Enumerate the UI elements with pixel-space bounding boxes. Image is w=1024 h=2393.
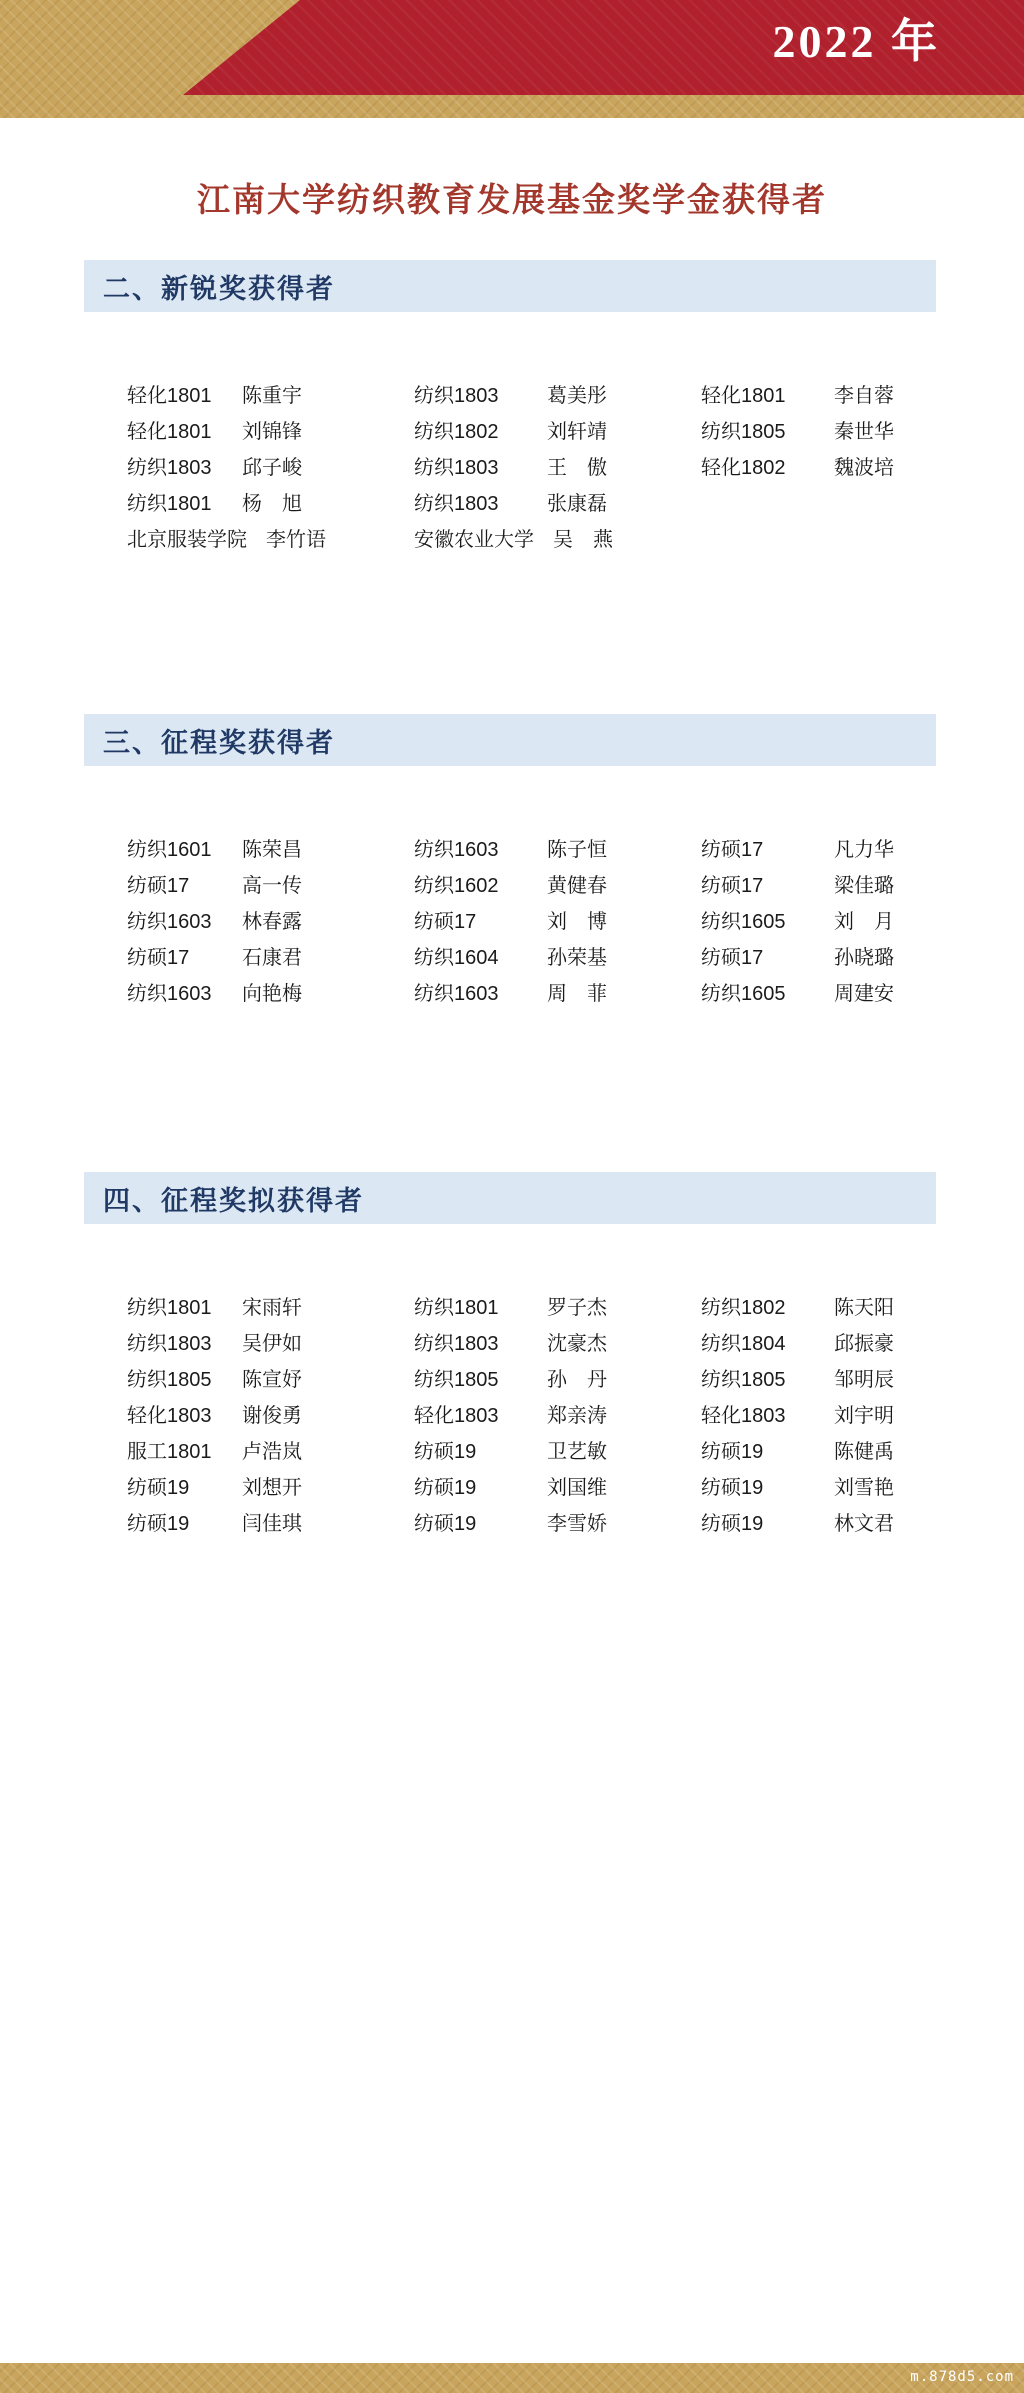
class-label: 轻化1801 <box>127 415 223 444</box>
bottom-gold-band: m.878d5.com <box>0 2363 1024 2393</box>
name-label: 陈天阳 <box>834 1291 894 1320</box>
recipient-cell: 纺织1803张康磊 <box>414 487 701 516</box>
recipient-cell: 纺织1801宋雨轩 <box>127 1291 414 1320</box>
recipient-cell: 纺织1603周 菲 <box>414 977 701 1006</box>
class-label: 轻化1802 <box>701 451 815 480</box>
name-label: 刘 博 <box>547 905 607 934</box>
recipients-table: 纺织1801宋雨轩纺织1801罗子杰纺织1802陈天阳纺织1803吴伊如纺织18… <box>84 1287 936 1539</box>
section-heading-bar: 三、征程奖获得者 <box>84 714 936 766</box>
name-label: 邹明辰 <box>834 1363 894 1392</box>
award-section: 二、新锐奖获得者轻化1801陈重宇纺织1803葛美彤轻化1801李自蓉轻化180… <box>84 260 936 555</box>
class-label: 纺织1803 <box>414 379 528 408</box>
class-label: 服工1801 <box>127 1435 223 1464</box>
table-row: 纺织1803邱子峻纺织1803王 傲轻化1802魏波培 <box>127 447 936 483</box>
table-row: 纺织1803吴伊如纺织1803沈豪杰纺织1804邱振豪 <box>127 1323 936 1359</box>
recipient-cell: 轻化1802魏波培 <box>701 451 939 480</box>
recipients-table: 纺织1601陈荣昌纺织1603陈子恒纺硕17凡力华纺硕17高一传纺织1602黄健… <box>84 829 936 1009</box>
recipient-cell: 安徽农业大学吴 燕 <box>414 523 701 552</box>
class-label: 纺硕19 <box>701 1435 815 1464</box>
table-row: 纺硕19闫佳琪纺硕19李雪娇纺硕19林文君 <box>127 1503 936 1539</box>
class-label: 轻化1801 <box>127 379 223 408</box>
name-label: 邱子峻 <box>242 451 302 480</box>
class-label: 纺硕19 <box>127 1507 223 1536</box>
class-label: 纺织1605 <box>701 905 815 934</box>
class-label: 轻化1803 <box>414 1399 528 1428</box>
class-label: 轻化1803 <box>701 1399 815 1428</box>
name-label: 郑亲涛 <box>547 1399 607 1428</box>
recipient-cell: 纺硕17凡力华 <box>701 833 939 862</box>
name-label: 秦世华 <box>834 415 894 444</box>
table-row: 纺硕17石康君纺织1604孙荣基纺硕17孙晓璐 <box>127 937 936 973</box>
table-row: 纺织1801杨 旭纺织1803张康磊 <box>127 483 936 519</box>
recipient-cell: 纺硕19闫佳琪 <box>127 1507 414 1536</box>
class-label: 北京服装学院 <box>127 523 247 552</box>
class-label: 纺织1601 <box>127 833 223 862</box>
class-label: 轻化1801 <box>701 379 815 408</box>
class-label: 纺硕17 <box>127 869 223 898</box>
class-label: 纺织1805 <box>127 1363 223 1392</box>
name-label: 凡力华 <box>834 833 894 862</box>
class-label: 纺织1803 <box>127 451 223 480</box>
name-label: 高一传 <box>242 869 302 898</box>
section-heading: 二、新锐奖获得者 <box>103 267 335 306</box>
class-label: 纺硕17 <box>127 941 223 970</box>
name-label: 陈重宇 <box>242 379 302 408</box>
class-label: 纺织1603 <box>414 833 528 862</box>
class-label: 纺织1803 <box>414 1327 528 1356</box>
recipient-cell: 纺织1603林春露 <box>127 905 414 934</box>
class-label: 纺织1803 <box>414 451 528 480</box>
award-section: 四、征程奖拟获得者纺织1801宋雨轩纺织1801罗子杰纺织1802陈天阳纺织18… <box>84 1172 936 1539</box>
page: 2022 年 江南大学纺织教育发展基金奖学金获得者 二、新锐奖获得者轻化1801… <box>0 0 1024 2393</box>
class-label: 纺织1604 <box>414 941 528 970</box>
table-row: 纺织1805陈宣妤纺织1805孙 丹纺织1805邹明辰 <box>127 1359 936 1395</box>
recipient-cell: 纺织1805陈宣妤 <box>127 1363 414 1392</box>
class-label: 纺织1805 <box>414 1363 528 1392</box>
class-label: 纺织1804 <box>701 1327 815 1356</box>
recipient-cell: 纺硕19李雪娇 <box>414 1507 701 1536</box>
name-label: 向艳梅 <box>242 977 302 1006</box>
class-label: 纺织1801 <box>127 1291 223 1320</box>
recipient-cell: 纺织1801罗子杰 <box>414 1291 701 1320</box>
name-label: 周 菲 <box>547 977 607 1006</box>
name-label: 梁佳璐 <box>834 869 894 898</box>
award-section: 三、征程奖获得者纺织1601陈荣昌纺织1603陈子恒纺硕17凡力华纺硕17高一传… <box>84 714 936 1009</box>
name-label: 卢浩岚 <box>242 1435 302 1464</box>
table-row: 服工1801卢浩岚纺硕19卫艺敏纺硕19陈健禹 <box>127 1431 936 1467</box>
name-label: 孙 丹 <box>547 1363 607 1392</box>
recipient-cell: 北京服装学院李竹语 <box>127 523 414 552</box>
class-label: 纺织1803 <box>414 487 528 516</box>
recipient-cell: 纺硕19林文君 <box>701 1507 939 1536</box>
recipient-cell: 纺织1602黄健春 <box>414 869 701 898</box>
name-label: 罗子杰 <box>547 1291 607 1320</box>
class-label: 纺硕17 <box>701 833 815 862</box>
name-label: 谢俊勇 <box>242 1399 302 1428</box>
class-label: 轻化1803 <box>127 1399 223 1428</box>
name-label: 吴 燕 <box>553 523 613 552</box>
class-label: 纺织1602 <box>414 869 528 898</box>
class-label: 纺织1803 <box>127 1327 223 1356</box>
recipient-cell: 纺织1603陈子恒 <box>414 833 701 862</box>
name-label: 孙晓璐 <box>834 941 894 970</box>
recipients-table: 轻化1801陈重宇纺织1803葛美彤轻化1801李自蓉轻化1801刘锦锋纺织18… <box>84 375 936 555</box>
recipient-cell: 轻化1803刘宇明 <box>701 1399 939 1428</box>
recipient-cell: 轻化1803谢俊勇 <box>127 1399 414 1428</box>
name-label: 石康君 <box>242 941 302 970</box>
name-label: 邱振豪 <box>834 1327 894 1356</box>
name-label: 刘宇明 <box>834 1399 894 1428</box>
name-label: 刘 月 <box>834 905 894 934</box>
recipient-cell: 纺织1802陈天阳 <box>701 1291 939 1320</box>
name-label: 葛美彤 <box>547 379 607 408</box>
class-label: 纺织1603 <box>127 977 223 1006</box>
name-label: 杨 旭 <box>242 487 302 516</box>
table-row: 纺织1603向艳梅纺织1603周 菲纺织1605周建安 <box>127 973 936 1009</box>
recipient-cell: 纺织1802刘轩靖 <box>414 415 701 444</box>
watermark: m.878d5.com <box>910 2369 1014 2385</box>
table-row: 纺织1603林春露纺硕17刘 博纺织1605刘 月 <box>127 901 936 937</box>
recipient-cell: 纺硕17孙晓璐 <box>701 941 939 970</box>
recipient-cell: 纺织1605刘 月 <box>701 905 939 934</box>
recipient-cell: 纺织1803吴伊如 <box>127 1327 414 1356</box>
name-label: 沈豪杰 <box>547 1327 607 1356</box>
recipient-cell: 纺织1801杨 旭 <box>127 487 414 516</box>
class-label: 纺硕19 <box>414 1507 528 1536</box>
name-label: 林文君 <box>834 1507 894 1536</box>
section-heading: 四、征程奖拟获得者 <box>103 1179 364 1218</box>
name-label: 陈宣妤 <box>242 1363 302 1392</box>
table-row: 轻化1801陈重宇纺织1803葛美彤轻化1801李自蓉 <box>127 375 936 411</box>
name-label: 魏波培 <box>834 451 894 480</box>
class-label: 纺织1802 <box>701 1291 815 1320</box>
table-row: 北京服装学院李竹语安徽农业大学吴 燕 <box>127 519 936 555</box>
table-row: 纺织1601陈荣昌纺织1603陈子恒纺硕17凡力华 <box>127 829 936 865</box>
section-heading-bar: 二、新锐奖获得者 <box>84 260 936 312</box>
recipient-cell: 纺织1805秦世华 <box>701 415 939 444</box>
recipient-cell: 纺硕19陈健禹 <box>701 1435 939 1464</box>
name-label: 刘锦锋 <box>242 415 302 444</box>
recipient-cell: 纺织1803葛美彤 <box>414 379 701 408</box>
recipient-cell: 轻化1801李自蓉 <box>701 379 939 408</box>
class-label: 纺硕19 <box>701 1471 815 1500</box>
name-label: 林春露 <box>242 905 302 934</box>
class-label: 纺硕19 <box>414 1435 528 1464</box>
recipient-cell: 纺织1803王 傲 <box>414 451 701 480</box>
name-label: 王 傲 <box>547 451 607 480</box>
name-label: 张康磊 <box>547 487 607 516</box>
top-gold-band: 2022 年 <box>0 0 1024 118</box>
class-label: 纺织1603 <box>127 905 223 934</box>
recipient-cell: 纺硕17刘 博 <box>414 905 701 934</box>
class-label: 纺硕19 <box>414 1471 528 1500</box>
recipient-cell: 纺织1805孙 丹 <box>414 1363 701 1392</box>
class-label: 纺织1801 <box>127 487 223 516</box>
name-label: 李自蓉 <box>834 379 894 408</box>
class-label: 纺硕19 <box>127 1471 223 1500</box>
table-row: 轻化1801刘锦锋纺织1802刘轩靖纺织1805秦世华 <box>127 411 936 447</box>
class-label: 纺硕17 <box>414 905 528 934</box>
name-label: 陈健禹 <box>834 1435 894 1464</box>
name-label: 吴伊如 <box>242 1327 302 1356</box>
name-label: 陈子恒 <box>547 833 607 862</box>
class-label: 纺织1801 <box>414 1291 528 1320</box>
section-heading: 三、征程奖获得者 <box>103 721 335 760</box>
name-label: 刘国维 <box>547 1471 607 1500</box>
table-row: 纺硕17高一传纺织1602黄健春纺硕17梁佳璐 <box>127 865 936 901</box>
recipient-cell: 纺织1804邱振豪 <box>701 1327 939 1356</box>
recipient-cell: 轻化1803郑亲涛 <box>414 1399 701 1428</box>
recipient-cell: 纺织1604孙荣基 <box>414 941 701 970</box>
name-label: 陈荣昌 <box>242 833 302 862</box>
name-label: 刘轩靖 <box>547 415 607 444</box>
table-row: 纺硕19刘想开纺硕19刘国维纺硕19刘雪艳 <box>127 1467 936 1503</box>
recipient-cell: 服工1801卢浩岚 <box>127 1435 414 1464</box>
recipient-cell: 纺硕17石康君 <box>127 941 414 970</box>
recipient-cell: 轻化1801刘锦锋 <box>127 415 414 444</box>
name-label: 宋雨轩 <box>242 1291 302 1320</box>
recipient-cell: 纺硕17高一传 <box>127 869 414 898</box>
name-label: 李雪娇 <box>547 1507 607 1536</box>
recipient-cell: 纺硕19刘国维 <box>414 1471 701 1500</box>
recipient-cell: 纺织1605周建安 <box>701 977 939 1006</box>
class-label: 纺织1605 <box>701 977 815 1006</box>
name-label: 卫艺敏 <box>547 1435 607 1464</box>
class-label: 纺织1802 <box>414 415 528 444</box>
class-label: 纺硕17 <box>701 869 815 898</box>
red-banner: 2022 年 <box>0 0 1024 118</box>
recipient-cell: 纺硕17梁佳璐 <box>701 869 939 898</box>
name-label: 周建安 <box>834 977 894 1006</box>
name-label: 黄健春 <box>547 869 607 898</box>
recipient-cell: 纺织1803邱子峻 <box>127 451 414 480</box>
class-label: 纺硕19 <box>701 1507 815 1536</box>
page-title: 江南大学纺织教育发展基金奖学金获得者 <box>0 174 1024 221</box>
class-label: 纺织1805 <box>701 415 815 444</box>
recipient-cell: 纺织1803沈豪杰 <box>414 1327 701 1356</box>
class-label: 纺织1603 <box>414 977 528 1006</box>
recipient-cell: 纺织1603向艳梅 <box>127 977 414 1006</box>
name-label: 孙荣基 <box>547 941 607 970</box>
name-label: 刘想开 <box>242 1471 302 1500</box>
name-label: 闫佳琪 <box>242 1507 302 1536</box>
name-label: 李竹语 <box>266 523 326 552</box>
recipient-cell: 纺织1601陈荣昌 <box>127 833 414 862</box>
recipient-cell: 纺硕19刘雪艳 <box>701 1471 939 1500</box>
table-row: 轻化1803谢俊勇轻化1803郑亲涛轻化1803刘宇明 <box>127 1395 936 1431</box>
section-heading-bar: 四、征程奖拟获得者 <box>84 1172 936 1224</box>
year-label: 2022 年 <box>773 12 941 72</box>
recipient-cell: 纺织1805邹明辰 <box>701 1363 939 1392</box>
recipient-cell: 轻化1801陈重宇 <box>127 379 414 408</box>
class-label: 纺织1805 <box>701 1363 815 1392</box>
table-row: 纺织1801宋雨轩纺织1801罗子杰纺织1802陈天阳 <box>127 1287 936 1323</box>
class-label: 安徽农业大学 <box>414 523 534 552</box>
recipient-cell: 纺硕19刘想开 <box>127 1471 414 1500</box>
class-label: 纺硕17 <box>701 941 815 970</box>
name-label: 刘雪艳 <box>834 1471 894 1500</box>
recipient-cell: 纺硕19卫艺敏 <box>414 1435 701 1464</box>
